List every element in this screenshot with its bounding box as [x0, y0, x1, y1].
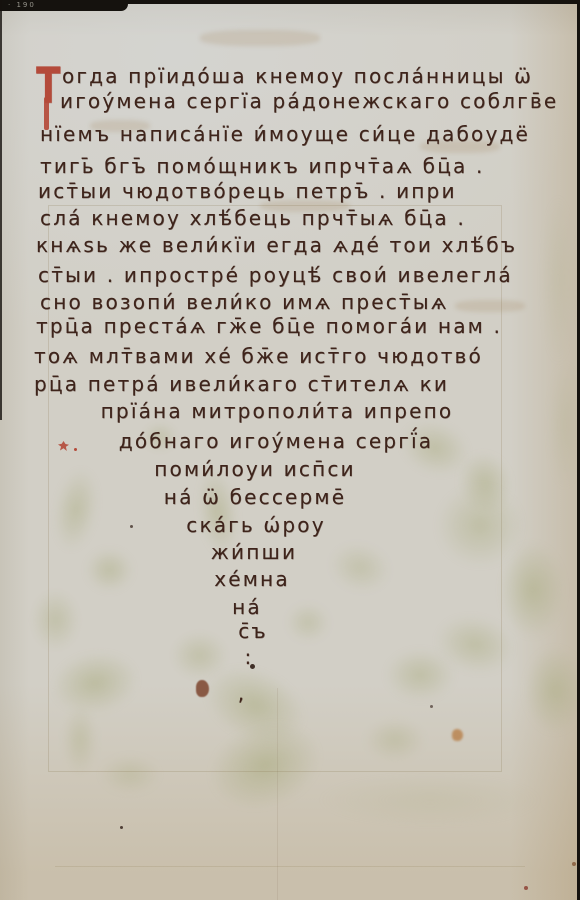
- text-line-15: поми́лоуи исп̄си: [154, 457, 355, 481]
- bleed-through-stain: [545, 350, 580, 500]
- text-line-3: нїемъ написа́нїе и́моуще си́це дабоудё: [40, 122, 530, 146]
- text-line-12: рц̄а петра́ ивели́каго ст̄ителѧ ки: [34, 372, 449, 396]
- text-line-6: сла́ кнемоу хлѣ́бець прчт̄ыѧ бц̄а .: [40, 206, 466, 230]
- dust-speck: [524, 886, 528, 890]
- bleed-through-stain: [300, 770, 560, 830]
- dust-speck: [430, 705, 433, 708]
- dust-speck: [130, 525, 133, 528]
- text-line-7: кнѧѕь же вели́кїи егда ѧде́ тои хлѣ́бъ: [36, 233, 517, 257]
- red-marginal-mark-dot: [74, 448, 77, 451]
- text-line-8: ст̄ыи . ипростре́ роуцѣ́ свои́ ивелегла́: [38, 263, 513, 287]
- crease-line: [55, 866, 525, 867]
- text-line-9: сно возопи́ вели́ко имѧ прест̄ыѧ: [40, 290, 449, 314]
- manuscript-photo: · 190 Т огда прїидо́ша кнемоу посла́нниц…: [0, 0, 580, 900]
- text-line-13: прїа́на митрополи́та ипрепо: [101, 399, 454, 423]
- text-line-4: тигь̄ бгъ̄ помо́щникъ ипрчт̄аѧ бц̄а .: [40, 154, 485, 178]
- text-line-18: жи́пши: [211, 540, 297, 564]
- text-line-11: тоѧ млт̄вами хе́ бж̄е ист̄го чюдотво́: [34, 344, 483, 368]
- text-line-20: на́: [232, 595, 262, 619]
- text-line-14: до́бнаго игоу́мена сергї́а: [119, 429, 433, 453]
- ink-blotch: [196, 680, 209, 697]
- show-through-mark: [200, 30, 320, 46]
- text-line-10: трц̄а преста́ѧ гж̄е бц̄е помога́и нам .: [36, 314, 502, 338]
- bleed-through-stain: [538, 180, 578, 380]
- dust-speck: [120, 826, 123, 829]
- text-line-5: ист̄ыи чюдотво́рець петръ̄ . ипри: [38, 179, 457, 203]
- dust-speck: [250, 664, 255, 669]
- text-line-23: ,: [238, 681, 247, 705]
- photo-edge-left: [0, 0, 2, 420]
- ink-blotch: [452, 729, 463, 741]
- text-line-21: с̄ъ: [238, 619, 268, 643]
- crease-line: [277, 688, 278, 900]
- bleed-through-stain: [520, 640, 580, 740]
- dust-speck: [572, 862, 576, 866]
- text-line-17: ска́гь ѡ́роу: [186, 513, 326, 537]
- text-line-1: огда прїидо́ша кнемоу посла́нницы ѡ̈: [62, 64, 533, 88]
- text-line-16: на́ ѡ̈ бессерме̄: [164, 485, 346, 509]
- pencil-folio-scribble: · 190: [8, 1, 36, 9]
- text-line-19: хе́мна: [214, 567, 290, 591]
- text-line-2: игоу́мена сергїа ра́донежскаго соблгв̄е: [60, 89, 558, 113]
